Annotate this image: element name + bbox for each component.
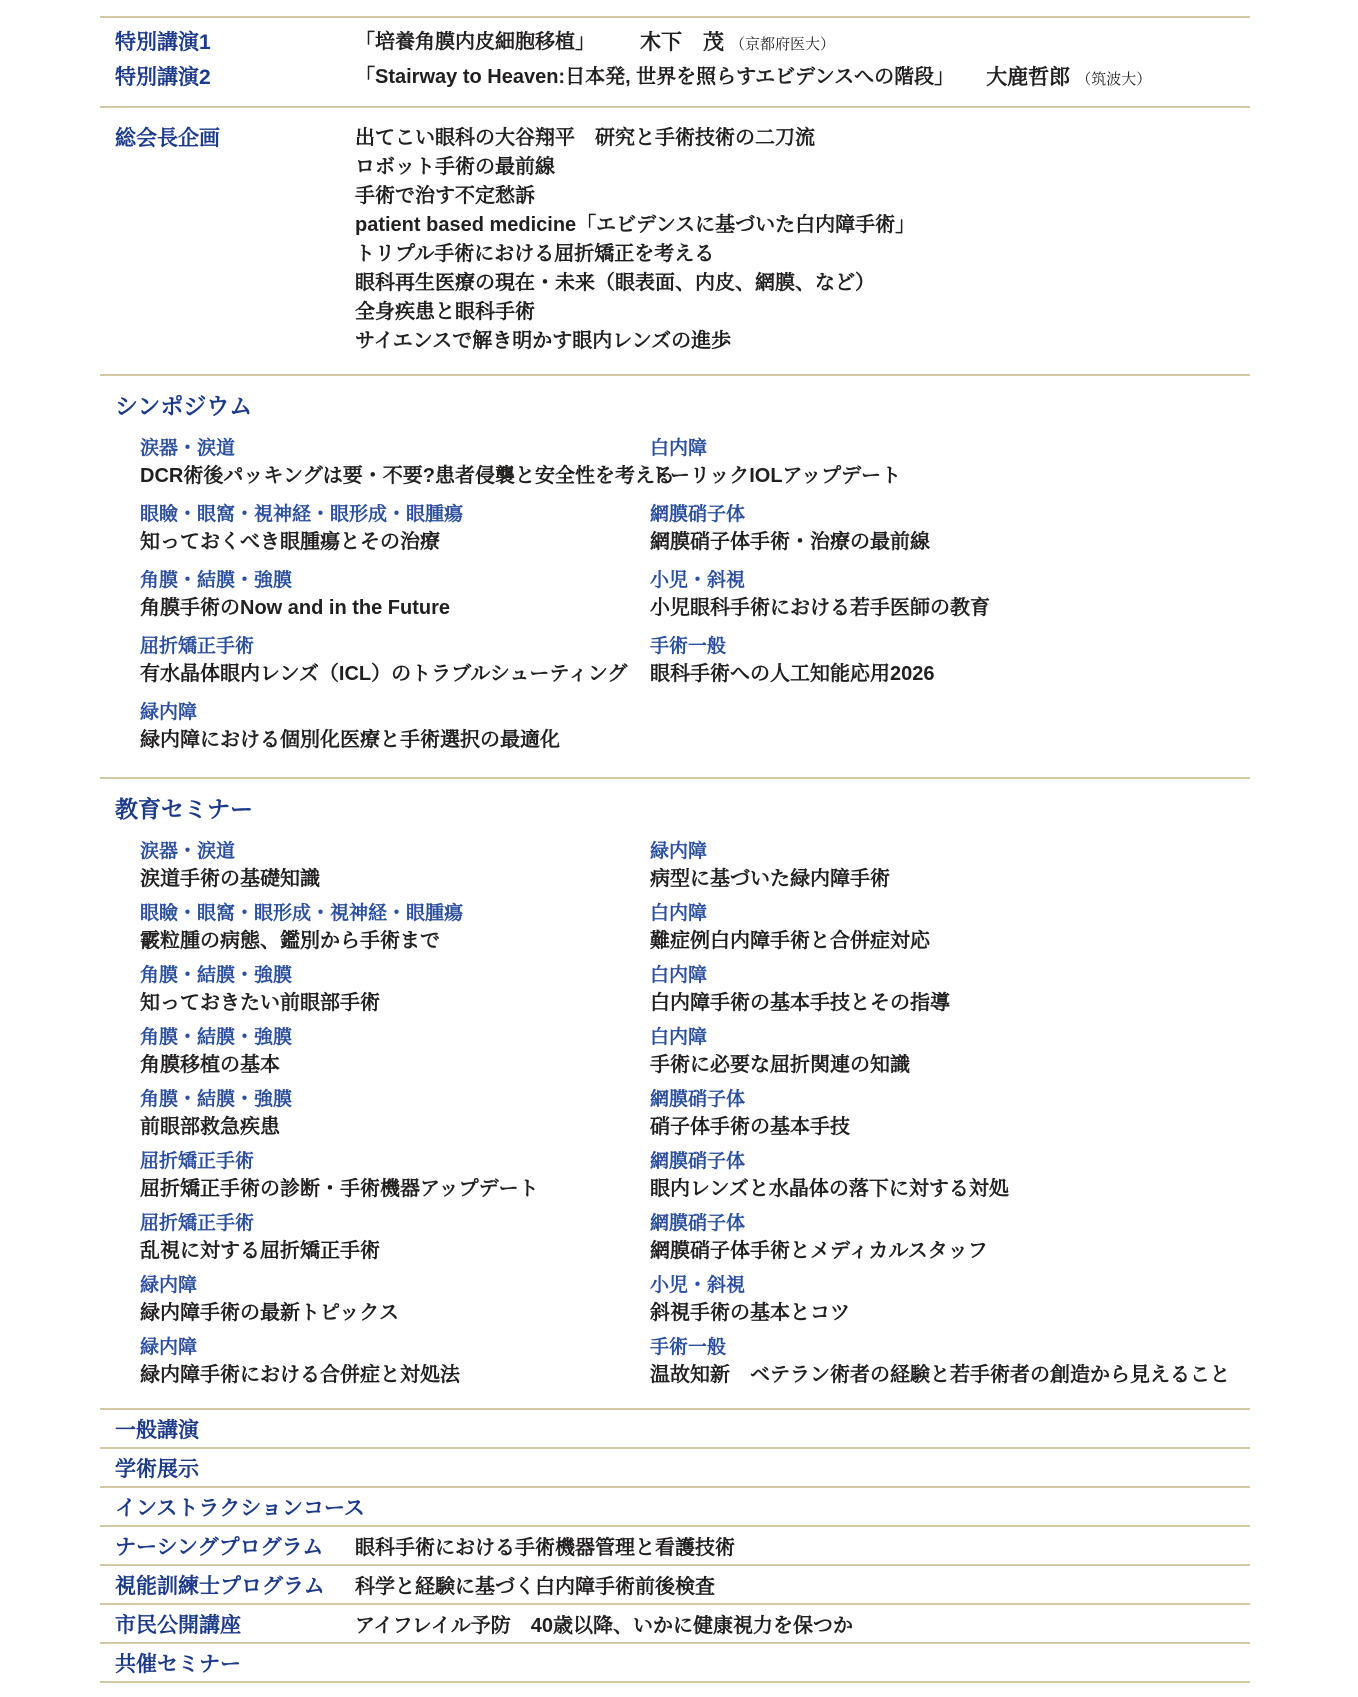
program-item: 出てこい眼科の大谷翔平 研究と手術技術の二刀流: [355, 124, 915, 153]
session-title: 角膜手術のNow and in the Future: [140, 594, 650, 622]
session-pair: 緑内障 病型に基づいた緑内障手術: [650, 838, 1250, 893]
session-title: 病型に基づいた緑内障手術: [650, 865, 1250, 893]
educational-left-column: 涙器・涙道 涙道手術の基礎知識 眼瞼・眼窩・眼形成・視神経・眼腫瘍 霰粒腫の病態…: [140, 838, 650, 1396]
category-label: 涙器・涙道: [140, 838, 650, 865]
session-title: 知っておくべき眼腫瘍とその治療: [140, 528, 650, 556]
category-label: 網膜硝子体: [650, 501, 1250, 528]
educational-right-column: 緑内障 病型に基づいた緑内障手術 白内障 難症例白内障手術と合併症対応 白内障 …: [650, 838, 1250, 1396]
category-label: 白内障: [650, 1024, 1250, 1051]
speaker-name-text: 木下 茂: [640, 31, 724, 54]
bottom-row-label: インストラクションコース: [115, 1492, 365, 1522]
program-page: 特別講演1 「培養角膜内皮細胞移植」 木下 茂（京都府医大） 特別講演2 「St…: [100, 0, 1250, 1683]
session-pair: 角膜・結膜・強膜 前眼部救急疾患: [140, 1086, 650, 1141]
speaker-affiliation: （筑波大）: [1076, 71, 1151, 88]
session-pair: 網膜硝子体 網膜硝子体手術・治療の最前線: [650, 501, 1250, 556]
session-pair: 緑内障 緑内障手術の最新トピックス: [140, 1272, 650, 1327]
category-label: 屈折矯正手術: [140, 1148, 650, 1175]
session-title: 手術に必要な屈折関連の知識: [650, 1051, 1250, 1079]
session-title: 前眼部救急疾患: [140, 1113, 650, 1141]
symposium-left-column: 涙器・涙道 DCR術後パッキングは要・不要?患者侵襲と安全性を考える 眼瞼・眼窩…: [140, 435, 650, 765]
session-title: 涙道手術の基礎知識: [140, 865, 650, 893]
session-title: 緑内障手術における合併症と対処法: [140, 1361, 650, 1389]
session-pair: 屈折矯正手術 有水晶体眼内レンズ（ICL）のトラブルシューティング: [140, 633, 650, 688]
symposium-columns: 涙器・涙道 DCR術後パッキングは要・不要?患者侵襲と安全性を考える 眼瞼・眼窩…: [100, 435, 1250, 765]
special-lecture-row: 特別講演2 「Stairway to Heaven:日本発, 世界を照らすエビデ…: [115, 61, 1250, 96]
bottom-row: 市民公開講座 アイフレイル予防 40歳以降、いかに健康視力を保つか: [100, 1605, 1250, 1642]
category-label: 網膜硝子体: [650, 1086, 1250, 1113]
bottom-row-content: 眼科手術における手術機器管理と看護技術: [355, 1531, 735, 1560]
bottom-row: 一般講演: [100, 1410, 1250, 1447]
program-item: 眼科再生医療の現在・未来（眼表面、内皮、網膜、など）: [355, 269, 915, 298]
session-pair: 白内障 白内障手術の基本手技とその指導: [650, 962, 1250, 1017]
category-label: 白内障: [650, 435, 1250, 462]
category-label: 眼瞼・眼窩・眼形成・視神経・眼腫瘍: [140, 900, 650, 927]
category-label: 白内障: [650, 900, 1250, 927]
category-label: 緑内障: [140, 1334, 650, 1361]
category-label: 網膜硝子体: [650, 1210, 1250, 1237]
program-item: 全身疾患と眼科手術: [355, 298, 915, 327]
bottom-row-label: 学術展示: [115, 1453, 355, 1483]
session-title: 網膜硝子体手術・治療の最前線: [650, 528, 1250, 556]
bottom-row-label: ナーシングプログラム: [115, 1531, 355, 1561]
category-label: 小児・斜視: [650, 567, 1250, 594]
lecture-title: 「Stairway to Heaven:日本発, 世界を照らすエビデンスへの階段…: [355, 61, 954, 96]
session-pair: 手術一般 眼科手術への人工知能応用2026: [650, 633, 1250, 688]
category-label: 角膜・結膜・強膜: [140, 1086, 650, 1113]
program-item: patient based medicine「エビデンスに基づいた白内障手術」: [355, 211, 915, 240]
category-label: 網膜硝子体: [650, 1148, 1250, 1175]
session-title: 屈折矯正手術の診断・手術機器アップデート: [140, 1175, 650, 1203]
session-pair: 網膜硝子体 眼内レンズと水晶体の落下に対する対処: [650, 1148, 1250, 1203]
educational-seminar-columns: 涙器・涙道 涙道手術の基礎知識 眼瞼・眼窩・眼形成・視神経・眼腫瘍 霰粒腫の病態…: [100, 838, 1250, 1396]
bottom-row-label: 視能訓練士プログラム: [115, 1570, 355, 1600]
bottom-row: 共催セミナー: [100, 1644, 1250, 1681]
session-title: 霰粒腫の病態、鑑別から手術まで: [140, 927, 650, 955]
session-pair: 小児・斜視 小児眼科手術における若手医師の教育: [650, 567, 1250, 622]
category-label: 白内障: [650, 962, 1250, 989]
session-title: トーリックIOLアップデート: [650, 462, 1250, 490]
session-pair: 屈折矯正手術 乱視に対する屈折矯正手術: [140, 1210, 650, 1265]
session-pair: 角膜・結膜・強膜 角膜移植の基本: [140, 1024, 650, 1079]
category-label: 手術一般: [650, 1334, 1250, 1361]
category-label: 緑内障: [140, 699, 650, 726]
educational-seminar-heading: 教育セミナー: [100, 779, 1250, 838]
session-pair: 涙器・涙道 DCR術後パッキングは要・不要?患者侵襲と安全性を考える: [140, 435, 650, 490]
session-title: 難症例白内障手術と合併症対応: [650, 927, 1250, 955]
session-pair: 屈折矯正手術 屈折矯正手術の診断・手術機器アップデート: [140, 1148, 650, 1203]
session-pair: 眼瞼・眼窩・眼形成・視神経・眼腫瘍 霰粒腫の病態、鑑別から手術まで: [140, 900, 650, 955]
session-pair: 角膜・結膜・強膜 知っておきたい前眼部手術: [140, 962, 650, 1017]
session-title: 角膜移植の基本: [140, 1051, 650, 1079]
symposium-section: シンポジウム 涙器・涙道 DCR術後パッキングは要・不要?患者侵襲と安全性を考え…: [100, 376, 1250, 777]
session-title: 網膜硝子体手術とメディカルスタッフ: [650, 1237, 1250, 1265]
session-pair: 白内障 手術に必要な屈折関連の知識: [650, 1024, 1250, 1079]
session-title: 眼内レンズと水晶体の落下に対する対処: [650, 1175, 1250, 1203]
president-program-label: 総会長企画: [115, 122, 355, 356]
category-label: 屈折矯正手術: [140, 633, 650, 660]
special-lecture-row: 特別講演1 「培養角膜内皮細胞移植」 木下 茂（京都府医大）: [115, 26, 1250, 61]
bottom-row-label: 一般講演: [115, 1414, 355, 1444]
speaker-name-text: 大鹿哲郎: [986, 66, 1070, 89]
president-program-list: 出てこい眼科の大谷翔平 研究と手術技術の二刀流 ロボット手術の最前線 手術で治す…: [355, 122, 915, 356]
session-title: 有水晶体眼内レンズ（ICL）のトラブルシューティング: [140, 660, 650, 688]
session-title: 斜視手術の基本とコツ: [650, 1299, 1250, 1327]
bottom-row-label: 共催セミナー: [115, 1648, 355, 1678]
program-item: サイエンスで解き明かす眼内レンズの進歩: [355, 327, 915, 356]
president-program-section: 総会長企画 出てこい眼科の大谷翔平 研究と手術技術の二刀流 ロボット手術の最前線…: [100, 108, 1250, 374]
divider: [100, 1681, 1250, 1683]
bottom-row: 学術展示: [100, 1449, 1250, 1486]
bottom-row: 視能訓練士プログラム 科学と経験に基づく白内障手術前後検査: [100, 1566, 1250, 1603]
bottom-row: ナーシングプログラム 眼科手術における手術機器管理と看護技術: [100, 1527, 1250, 1564]
bottom-row-content: アイフレイル予防 40歳以降、いかに健康視力を保つか: [355, 1609, 853, 1638]
session-title: 緑内障手術の最新トピックス: [140, 1299, 650, 1327]
session-title: 乱視に対する屈折矯正手術: [140, 1237, 650, 1265]
category-label: 眼瞼・眼窩・視神経・眼形成・眼腫瘍: [140, 501, 650, 528]
category-label: 緑内障: [140, 1272, 650, 1299]
lecture-title: 「培養角膜内皮細胞移植」: [355, 26, 595, 61]
category-label: 小児・斜視: [650, 1272, 1250, 1299]
speaker-affiliation: （京都府医大）: [730, 36, 835, 53]
category-label: 角膜・結膜・強膜: [140, 567, 650, 594]
category-label: 緑内障: [650, 838, 1250, 865]
program-item: ロボット手術の最前線: [355, 153, 915, 182]
session-title: DCR術後パッキングは要・不要?患者侵襲と安全性を考える: [140, 462, 650, 490]
special-lecture-label: 特別講演1: [115, 26, 355, 61]
speaker-name: 木下 茂（京都府医大）: [640, 26, 835, 61]
category-label: 手術一般: [650, 633, 1250, 660]
category-label: 涙器・涙道: [140, 435, 650, 462]
session-pair: 網膜硝子体 網膜硝子体手術とメディカルスタッフ: [650, 1210, 1250, 1265]
session-pair: 網膜硝子体 硝子体手術の基本手技: [650, 1086, 1250, 1141]
program-item: 手術で治す不定愁訴: [355, 182, 915, 211]
session-pair: 緑内障 緑内障手術における合併症と対処法: [140, 1334, 650, 1389]
session-title: 緑内障における個別化医療と手術選択の最適化: [140, 726, 650, 754]
session-pair: 白内障 トーリックIOLアップデート: [650, 435, 1250, 490]
bottom-row: インストラクションコース: [100, 1488, 1250, 1525]
session-title: 知っておきたい前眼部手術: [140, 989, 650, 1017]
session-title: 小児眼科手術における若手医師の教育: [650, 594, 1250, 622]
session-title: 眼科手術への人工知能応用2026: [650, 660, 1250, 688]
category-label: 屈折矯正手術: [140, 1210, 650, 1237]
session-pair: 小児・斜視 斜視手術の基本とコツ: [650, 1272, 1250, 1327]
speaker-name: 大鹿哲郎（筑波大）: [986, 61, 1151, 96]
category-label: 角膜・結膜・強膜: [140, 1024, 650, 1051]
session-title: 硝子体手術の基本手技: [650, 1113, 1250, 1141]
special-lecture-label: 特別講演2: [115, 61, 355, 96]
bottom-row-content: 科学と経験に基づく白内障手術前後検査: [355, 1570, 715, 1599]
session-title: 白内障手術の基本手技とその指導: [650, 989, 1250, 1017]
session-pair: 白内障 難症例白内障手術と合併症対応: [650, 900, 1250, 955]
session-title: 温故知新 ベテラン術者の経験と若手術者の創造から見えること: [650, 1361, 1250, 1389]
special-lectures-section: 特別講演1 「培養角膜内皮細胞移植」 木下 茂（京都府医大） 特別講演2 「St…: [100, 18, 1250, 106]
session-pair: 手術一般 温故知新 ベテラン術者の経験と若手術者の創造から見えること: [650, 1334, 1250, 1389]
category-label: 角膜・結膜・強膜: [140, 962, 650, 989]
session-pair: 緑内障 緑内障における個別化医療と手術選択の最適化: [140, 699, 650, 754]
educational-seminar-section: 教育セミナー 涙器・涙道 涙道手術の基礎知識 眼瞼・眼窩・眼形成・視神経・眼腫瘍…: [100, 779, 1250, 1408]
bottom-row-label: 市民公開講座: [115, 1609, 355, 1639]
symposium-right-column: 白内障 トーリックIOLアップデート 網膜硝子体 網膜硝子体手術・治療の最前線 …: [650, 435, 1250, 699]
symposium-heading: シンポジウム: [100, 376, 1250, 435]
session-pair: 涙器・涙道 涙道手術の基礎知識: [140, 838, 650, 893]
session-pair: 角膜・結膜・強膜 角膜手術のNow and in the Future: [140, 567, 650, 622]
program-item: トリプル手術における屈折矯正を考える: [355, 240, 915, 269]
session-pair: 眼瞼・眼窩・視神経・眼形成・眼腫瘍 知っておくべき眼腫瘍とその治療: [140, 501, 650, 556]
